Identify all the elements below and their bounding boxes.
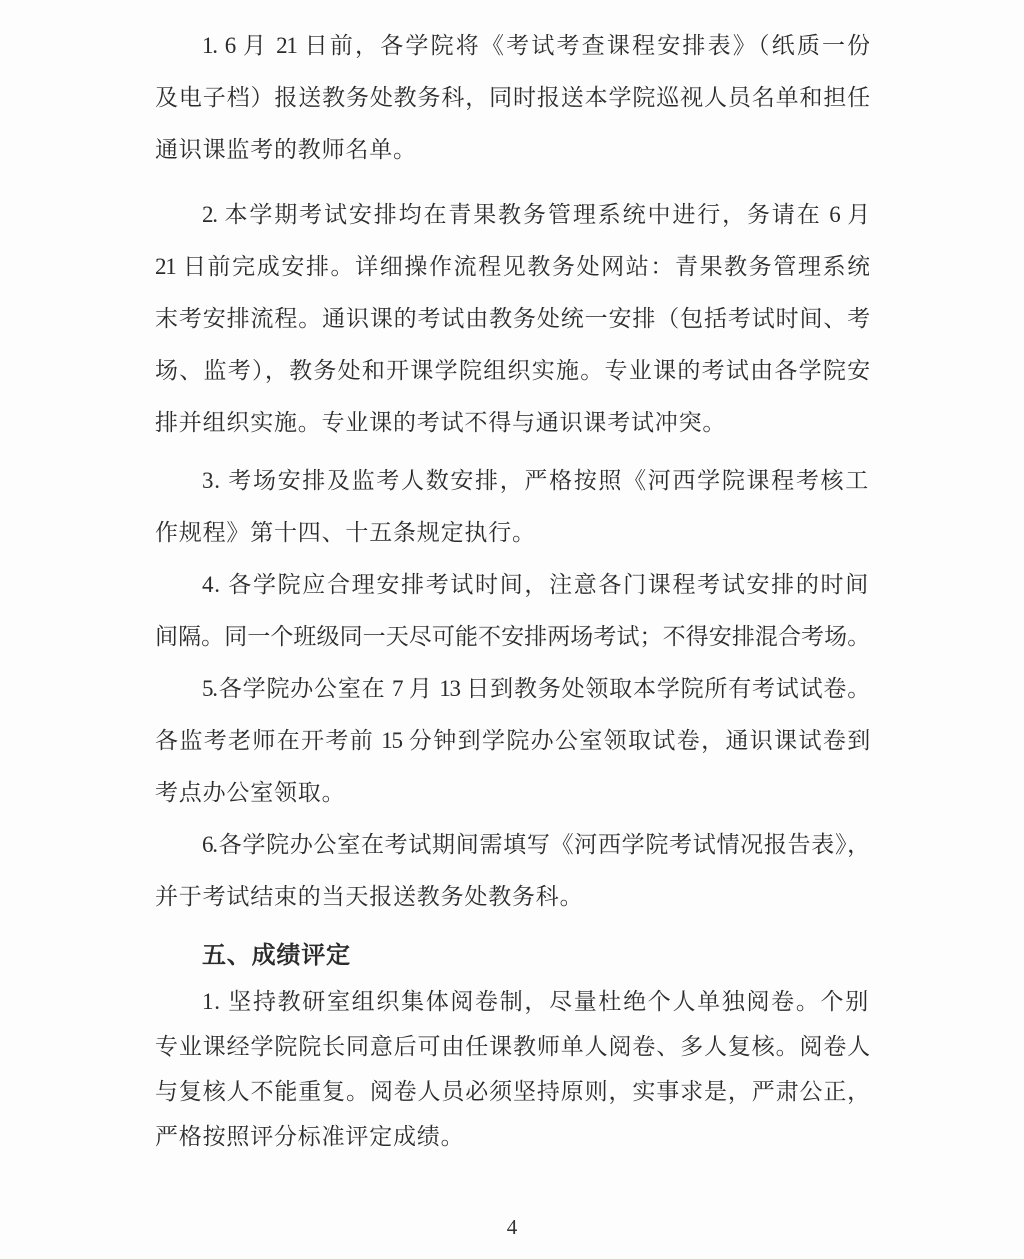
- text-line: 并于考试结束的当天报送教务处教务科。: [155, 871, 869, 923]
- text-line: 作规程》第十四、十五条规定执行。: [155, 507, 869, 559]
- text-line: 考点办公室领取。: [155, 767, 869, 819]
- text-line: 末考安排流程。通识课的考试由教务处统一安排（包括考试时间、考: [155, 293, 869, 345]
- text-line: 6.各学院办公室在考试期间需填写《河西学院考试情况报告表》，: [155, 819, 869, 871]
- text-line: 5.各学院办公室在 7 月 13 日到教务处领取本学院所有考试试卷。: [155, 663, 869, 715]
- text-line: 1. 6 月 21 日前，各学院将《考试考查课程安排表》（纸质一份: [155, 20, 869, 72]
- text-line: 间隔。同一个班级同一天尽可能不安排两场考试；不得安排混合考场。: [155, 611, 869, 663]
- text-line: 2. 本学期考试安排均在青果教务管理系统中进行，务请在 6 月: [155, 189, 869, 241]
- text-line: 4. 各学院应合理安排考试时间，注意各门课程考试安排的时间: [155, 559, 869, 611]
- paragraph: 5.各学院办公室在 7 月 13 日到教务处领取本学院所有考试试卷。各监考老师在…: [155, 663, 869, 819]
- text-line: 专业课经学院院长同意后可由任课教师单人阅卷、多人复核。阅卷人: [155, 1024, 869, 1069]
- paragraph: 2. 本学期考试安排均在青果教务管理系统中进行，务请在 6 月21 日前完成安排…: [155, 189, 869, 449]
- text-line: 排并组织实施。专业课的考试不得与通识课考试冲突。: [155, 397, 869, 449]
- paragraph: 6.各学院办公室在考试期间需填写《河西学院考试情况报告表》，并于考试结束的当天报…: [155, 819, 869, 923]
- text-line: 场、监考），教务处和开课学院组织实施。专业课的考试由各学院安: [155, 345, 869, 397]
- page-number: 4: [0, 1213, 1024, 1241]
- section-heading-block: 五、成绩评定: [155, 934, 869, 979]
- text-line: 各监考老师在开考前 15 分钟到学院办公室领取试卷，通识课试卷到: [155, 715, 869, 767]
- section-exam-arrangement-items: 1. 6 月 21 日前，各学院将《考试考查课程安排表》（纸质一份及电子档）报送…: [155, 20, 869, 923]
- text-line: 1. 坚持教研室组织集体阅卷制，尽量杜绝个人单独阅卷。个别: [155, 979, 869, 1024]
- text-line: 与复核人不能重复。阅卷人员必须坚持原则，实事求是，严肃公正，: [155, 1069, 869, 1114]
- paragraph: 1. 坚持教研室组织集体阅卷制，尽量杜绝个人单独阅卷。个别专业课经学院院长同意后…: [155, 979, 869, 1159]
- text-line: 通识课监考的教师名单。: [155, 124, 869, 176]
- section-heading: 五、成绩评定: [155, 934, 869, 979]
- document-body: 1. 6 月 21 日前，各学院将《考试考查课程安排表》（纸质一份及电子档）报送…: [155, 20, 869, 1159]
- text-line: 及电子档）报送教务处教务科，同时报送本学院巡视人员名单和担任: [155, 72, 869, 124]
- section-grade-evaluation: 五、成绩评定1. 坚持教研室组织集体阅卷制，尽量杜绝个人单独阅卷。个别专业课经学…: [155, 934, 869, 1159]
- paragraph: 3. 考场安排及监考人数安排，严格按照《河西学院课程考核工作规程》第十四、十五条…: [155, 455, 869, 559]
- paragraph: 4. 各学院应合理安排考试时间，注意各门课程考试安排的时间间隔。同一个班级同一天…: [155, 559, 869, 663]
- text-line: 严格按照评分标准评定成绩。: [155, 1114, 869, 1159]
- text-line: 3. 考场安排及监考人数安排，严格按照《河西学院课程考核工: [155, 455, 869, 507]
- paragraph: 1. 6 月 21 日前，各学院将《考试考查课程安排表》（纸质一份及电子档）报送…: [155, 20, 869, 176]
- text-line: 21 日前完成安排。详细操作流程见教务处网站：青果教务管理系统: [155, 241, 869, 293]
